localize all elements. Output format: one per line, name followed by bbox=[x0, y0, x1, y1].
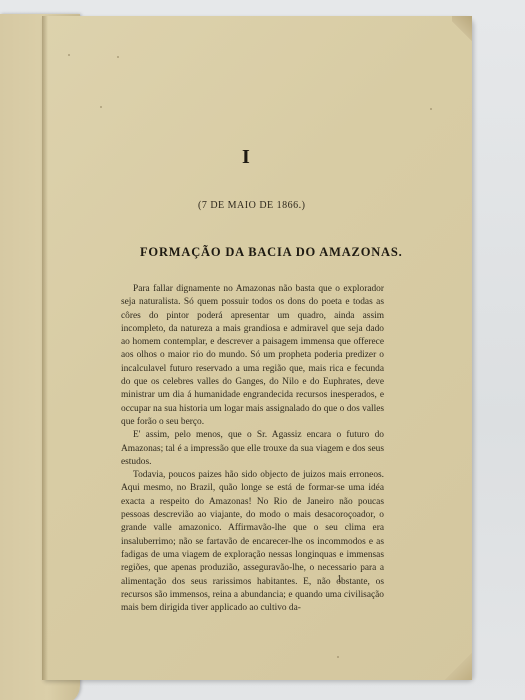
chapter-title: FORMAÇÃO DA BACIA DO AMAZONAS. bbox=[140, 245, 403, 260]
page-number: 1 bbox=[337, 574, 342, 585]
paper-speck bbox=[430, 108, 432, 110]
worn-corner-top bbox=[452, 16, 472, 46]
paper-speck bbox=[337, 656, 339, 658]
body-text: Para fallar dignamente no Amazonas não b… bbox=[121, 283, 384, 615]
paragraph: Para fallar dignamente no Amazonas não b… bbox=[121, 283, 384, 429]
paragraph: Todavia, poucos paizes hão sido objecto … bbox=[121, 469, 384, 615]
paper-speck bbox=[117, 56, 119, 58]
paper-speck bbox=[68, 54, 70, 56]
paper-speck bbox=[100, 106, 102, 108]
chapter-numeral: I bbox=[242, 146, 250, 169]
date-line: (7 DE MAIO DE 1866.) bbox=[198, 200, 306, 211]
paragraph: E' assim, pelo menos, que o Sr. Agassiz … bbox=[121, 429, 384, 469]
worn-corner-bottom bbox=[444, 648, 472, 680]
